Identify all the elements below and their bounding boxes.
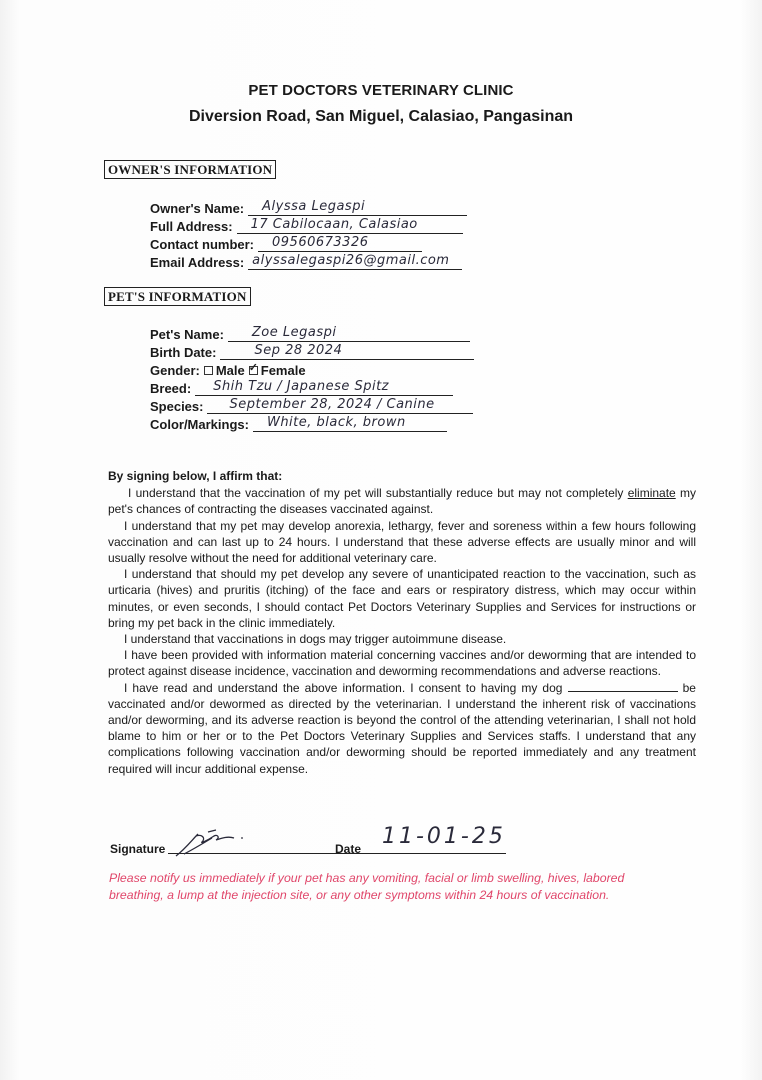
clinic-address: Diversion Road, San Miguel, Calasiao, Pa…	[0, 108, 762, 126]
field-label: Breed:	[150, 381, 191, 396]
pet-section-title: PET'S INFORMATION	[104, 287, 251, 306]
affirmation-paragraph: I understand that vaccinations in dogs m…	[108, 631, 696, 647]
species-field: Species: September 28, 2024 / Canine	[150, 396, 473, 414]
male-checkbox[interactable]	[204, 366, 213, 375]
birth-date-field: Birth Date: Sep 28 2024	[150, 342, 474, 360]
signature-label: Signature	[110, 842, 165, 856]
pet-name-field: Pet's Name: Zoe Legaspi	[150, 324, 470, 342]
contact-number-value[interactable]: 09560673326	[258, 235, 422, 252]
date-value[interactable]: 11-01-25	[382, 824, 506, 849]
affirmation-text: By signing below, I affirm that: I under…	[108, 468, 696, 777]
affirmation-paragraph: I have read and understand the above inf…	[108, 680, 696, 777]
breed-field: Breed: Shih Tzu / Japanese Spitz	[150, 378, 453, 396]
field-label: Email Address:	[150, 255, 244, 270]
email-field: Email Address: alyssalegaspi26@gmail.com	[150, 252, 462, 270]
color-markings-value[interactable]: White, black, brown	[253, 415, 447, 432]
underlined-text: eliminate	[628, 486, 676, 500]
gender-option-male[interactable]: Male	[204, 363, 245, 378]
affirmation-paragraph: I understand that my pet may develop ano…	[108, 518, 696, 567]
signature-row: Signature Date 11-01-25	[110, 828, 630, 858]
dog-name-blank[interactable]	[568, 681, 678, 692]
owner-name-field: Owner's Name: Alyssa Legaspi	[150, 198, 467, 216]
affirmation-paragraph: I understand that the vaccination of my …	[108, 485, 696, 517]
pet-name-value[interactable]: Zoe Legaspi	[228, 325, 470, 342]
field-label: Species:	[150, 399, 203, 414]
owner-section-title: OWNER'S INFORMATION	[104, 160, 276, 179]
affirmation-paragraph: I understand that should my pet develop …	[108, 566, 696, 631]
gender-field: Gender: Male Female	[150, 360, 306, 378]
field-label: Contact number:	[150, 237, 254, 252]
field-label: Birth Date:	[150, 345, 216, 360]
gender-option-female[interactable]: Female	[249, 363, 306, 378]
date-line[interactable]	[366, 853, 506, 854]
species-value[interactable]: September 28, 2024 / Canine	[207, 397, 473, 414]
clinic-name: PET DOCTORS VETERINARY CLINIC	[0, 82, 762, 99]
text: I have read and understand the above inf…	[124, 681, 568, 695]
field-label: Gender:	[150, 363, 200, 378]
female-label: Female	[261, 363, 306, 378]
full-address-value[interactable]: 17 Cabilocaan, Calasiao	[237, 217, 463, 234]
female-checkbox[interactable]	[249, 366, 258, 375]
breed-value[interactable]: Shih Tzu / Japanese Spitz	[195, 379, 453, 396]
field-label: Full Address:	[150, 219, 233, 234]
field-label: Color/Markings:	[150, 417, 249, 432]
date-label: Date	[335, 842, 361, 856]
owner-name-value[interactable]: Alyssa Legaspi	[248, 199, 467, 216]
full-address-field: Full Address: 17 Cabilocaan, Calasiao	[150, 216, 463, 234]
affirmation-heading: By signing below, I affirm that:	[108, 468, 696, 484]
signature-scribble-icon	[172, 826, 252, 860]
email-value[interactable]: alyssalegaspi26@gmail.com	[248, 253, 462, 270]
field-label: Owner's Name:	[150, 201, 244, 216]
birth-date-value[interactable]: Sep 28 2024	[220, 343, 474, 360]
consent-form-page: PET DOCTORS VETERINARY CLINIC Diversion …	[0, 0, 762, 1080]
contact-number-field: Contact number: 09560673326	[150, 234, 422, 252]
affirmation-paragraph: I have been provided with information ma…	[108, 647, 696, 679]
post-vaccination-notice: Please notify us immediately if your pet…	[109, 870, 669, 904]
text: I understand that the vaccination of my …	[128, 486, 628, 500]
male-label: Male	[216, 363, 245, 378]
field-label: Pet's Name:	[150, 327, 224, 342]
color-markings-field: Color/Markings: White, black, brown	[150, 414, 447, 432]
